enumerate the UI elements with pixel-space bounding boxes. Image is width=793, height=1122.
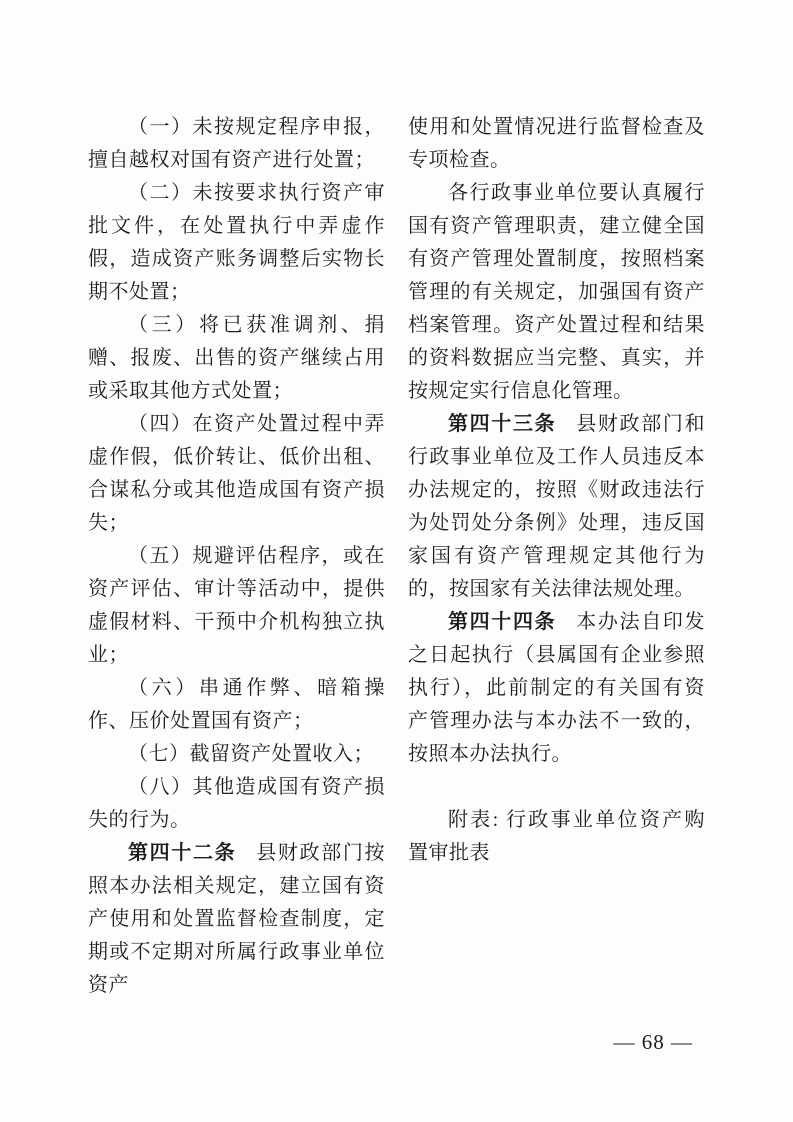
- article-43-text: 县财政部门和行政事业单位及工作人员违反本办法规定的，按照《财政违法行为处罚处分条…: [408, 413, 705, 600]
- right-column: 使用和处置情况进行监督检查及专项检查。 各行政事业单位要认真履行国有资产管理职责…: [408, 111, 705, 1002]
- document-page: （一）未按规定程序申报，擅自越权对国有资产进行处置； （二）未按要求执行资产审批…: [0, 0, 793, 1122]
- annex-note: 附表: 行政事业单位资产购置审批表: [408, 804, 705, 870]
- continuation-paragraph: 使用和处置情况进行监督检查及专项检查。: [408, 111, 705, 177]
- list-item-4: （四）在资产处置过程中弄虚作假，低价转让、低价出租、合谋私分或其他造成国有资产损…: [88, 408, 385, 540]
- list-item-8: （八）其他造成国有资产损失的行为。: [88, 771, 385, 837]
- article-43-paragraph: 第四十三条县财政部门和行政事业单位及工作人员违反本办法规定的，按照《财政违法行为…: [408, 408, 705, 606]
- left-column: （一）未按规定程序申报，擅自越权对国有资产进行处置； （二）未按要求执行资产审批…: [88, 111, 385, 1002]
- list-item-2: （二）未按要求执行资产审批文件，在处置执行中弄虚作假，造成资产账务调整后实物长期…: [88, 177, 385, 309]
- duties-paragraph: 各行政事业单位要认真履行国有资产管理职责，建立健全国有资产管理处置制度，按照档案…: [408, 177, 705, 408]
- article-44-text: 本办法自印发之日起执行（县属国有企业参照执行），此前制定的有关国有资产管理办法与…: [408, 611, 705, 765]
- article-43-number: 第四十三条: [448, 413, 556, 435]
- article-42-paragraph: 第四十二条县财政部门按照本办法相关规定，建立国有资产使用和处置监督检查制度，定期…: [88, 837, 385, 1002]
- article-42-number: 第四十二条: [128, 842, 236, 864]
- article-42-text: 县财政部门按照本办法相关规定，建立国有资产使用和处置监督检查制度，定期或不定期对…: [88, 842, 385, 996]
- list-item-6: （六）串通作弊、暗箱操作、压价处置国有资产；: [88, 672, 385, 738]
- two-column-layout: （一）未按规定程序申报，擅自越权对国有资产进行处置； （二）未按要求执行资产审批…: [0, 0, 793, 1002]
- list-item-3: （三）将已获准调剂、捐赠、报废、出售的资产继续占用或采取其他方式处置；: [88, 309, 385, 408]
- list-item-5: （五）规避评估程序，或在资产评估、审计等活动中，提供虚假材料、干预中介机构独立执…: [88, 540, 385, 672]
- page-number: — 68 —: [614, 1030, 694, 1055]
- article-44-paragraph: 第四十四条本办法自印发之日起执行（县属国有企业参照执行），此前制定的有关国有资产…: [408, 606, 705, 771]
- list-item-7: （七）截留资产处置收入；: [88, 738, 385, 771]
- article-44-number: 第四十四条: [448, 611, 556, 633]
- list-item-1: （一）未按规定程序申报，擅自越权对国有资产进行处置；: [88, 111, 385, 177]
